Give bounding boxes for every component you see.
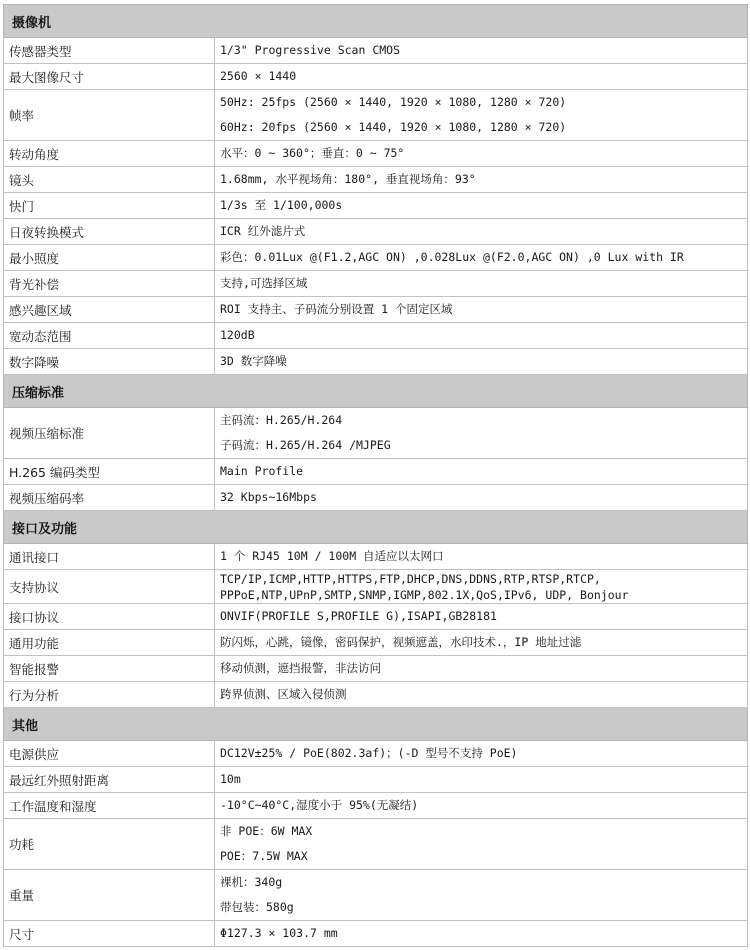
spec-label: 电源供应 — [4, 741, 215, 767]
spec-value-line: TCP/IP,ICMP,HTTP,HTTPS,FTP,DHCP,DNS,DDNS… — [220, 571, 747, 587]
spec-row: 通用功能防闪烁，心跳，镜像，密码保护，视频遮盖，水印技术.，IP 地址过滤 — [4, 630, 748, 656]
spec-label: 通用功能 — [4, 630, 215, 656]
spec-label: 最小照度 — [4, 245, 215, 271]
spec-table: 摄像机传感器类型1/3" Progressive Scan CMOS最大图像尺寸… — [3, 4, 748, 947]
spec-label: 传感器类型 — [4, 38, 215, 64]
spec-value: 1/3s 至 1/100,000s — [215, 193, 748, 219]
spec-value-line: 移动侦测，遮挡报警，非法访问 — [220, 656, 747, 681]
spec-value: 32 Kbps~16Mbps — [215, 485, 748, 511]
spec-label: 通讯接口 — [4, 544, 215, 570]
spec-row: 背光补偿支持,可选择区域 — [4, 271, 748, 297]
section-title: 接口及功能 — [4, 511, 748, 544]
spec-value-line: PPPoE,NTP,UPnP,SMTP,SNMP,IGMP,802.1X,QoS… — [220, 587, 747, 603]
spec-row: 通讯接口1 个 RJ45 10M / 100M 自适应以太网口 — [4, 544, 748, 570]
spec-value: 10m — [215, 767, 748, 793]
spec-label: 接口协议 — [4, 604, 215, 630]
spec-label: 快门 — [4, 193, 215, 219]
spec-value-line: 1 个 RJ45 10M / 100M 自适应以太网口 — [220, 544, 747, 569]
spec-row: 电源供应DC12V±25% / PoE(802.3af)；(-D 型号不支持 P… — [4, 741, 748, 767]
spec-row: 日夜转换模式ICR 红外滤片式 — [4, 219, 748, 245]
section-header-interface: 接口及功能 — [4, 511, 748, 544]
spec-label: 重量 — [4, 870, 215, 921]
spec-label: 镜头 — [4, 167, 215, 193]
spec-row: 转动角度水平：0 ~ 360°；垂直：0 ~ 75° — [4, 141, 748, 167]
spec-value: 防闪烁，心跳，镜像，密码保护，视频遮盖，水印技术.，IP 地址过滤 — [215, 630, 748, 656]
section-title: 其他 — [4, 708, 748, 741]
spec-value: 3D 数字降噪 — [215, 349, 748, 375]
spec-label: 功耗 — [4, 819, 215, 870]
spec-value: DC12V±25% / PoE(802.3af)；(-D 型号不支持 PoE) — [215, 741, 748, 767]
spec-value-line: ONVIF(PROFILE S,PROFILE G),ISAPI,GB28181 — [220, 604, 747, 629]
spec-label: 转动角度 — [4, 141, 215, 167]
spec-row: 重量裸机：340g带包装：580g — [4, 870, 748, 921]
spec-label: 数字降噪 — [4, 349, 215, 375]
spec-row: 最远红外照射距离10m — [4, 767, 748, 793]
spec-value: ROI 支持主、子码流分别设置 1 个固定区域 — [215, 297, 748, 323]
spec-value-line: 彩色：0.01Lux @(F1.2,AGC ON) ,0.028Lux @(F2… — [220, 245, 747, 270]
spec-value-line: POE：7.5W MAX — [220, 844, 747, 869]
spec-value: 主码流：H.265/H.264子码流：H.265/H.264 /MJPEG — [215, 408, 748, 459]
spec-value-line: DC12V±25% / PoE(802.3af)；(-D 型号不支持 PoE) — [220, 741, 747, 766]
spec-label: 背光补偿 — [4, 271, 215, 297]
spec-value: 移动侦测，遮挡报警，非法访问 — [215, 656, 748, 682]
spec-row: 视频压缩标准主码流：H.265/H.264子码流：H.265/H.264 /MJ… — [4, 408, 748, 459]
spec-row: 数字降噪3D 数字降噪 — [4, 349, 748, 375]
spec-row: 工作温度和湿度-10°C~40°C,湿度小于 95%(无凝结) — [4, 793, 748, 819]
spec-row: 接口协议ONVIF(PROFILE S,PROFILE G),ISAPI,GB2… — [4, 604, 748, 630]
spec-value-line: 防闪烁，心跳，镜像，密码保护，视频遮盖，水印技术.，IP 地址过滤 — [220, 630, 747, 655]
spec-label: 行为分析 — [4, 682, 215, 708]
spec-row: 行为分析跨界侦测、区域入侵侦测 — [4, 682, 748, 708]
spec-value-line: ROI 支持主、子码流分别设置 1 个固定区域 — [220, 297, 747, 322]
section-header-other: 其他 — [4, 708, 748, 741]
spec-value-line: 子码流：H.265/H.264 /MJPEG — [220, 433, 747, 458]
spec-value: Φ127.3 × 103.7 mm — [215, 921, 748, 947]
spec-value: Main Profile — [215, 459, 748, 485]
spec-value: ONVIF(PROFILE S,PROFILE G),ISAPI,GB28181 — [215, 604, 748, 630]
spec-row: H.265 编码类型Main Profile — [4, 459, 748, 485]
spec-label: 宽动态范围 — [4, 323, 215, 349]
spec-value-line: 1/3s 至 1/100,000s — [220, 193, 747, 218]
spec-value: -10°C~40°C,湿度小于 95%(无凝结) — [215, 793, 748, 819]
spec-label: 智能报警 — [4, 656, 215, 682]
spec-value-line: 60Hz: 20fps (2560 × 1440, 1920 × 1080, 1… — [220, 115, 747, 140]
spec-value-line: 非 POE：6W MAX — [220, 819, 747, 844]
spec-value: 2560 × 1440 — [215, 64, 748, 90]
spec-value-line: Φ127.3 × 103.7 mm — [220, 921, 747, 946]
spec-value-line: 主码流：H.265/H.264 — [220, 408, 747, 433]
spec-value-line: 支持,可选择区域 — [220, 271, 747, 296]
spec-row: 快门1/3s 至 1/100,000s — [4, 193, 748, 219]
spec-value-line: Main Profile — [220, 459, 747, 484]
spec-label: 最远红外照射距离 — [4, 767, 215, 793]
spec-value-line: 1.68mm, 水平视场角：180°, 垂直视场角：93° — [220, 167, 747, 192]
spec-row: 智能报警移动侦测，遮挡报警，非法访问 — [4, 656, 748, 682]
spec-row: 宽动态范围120dB — [4, 323, 748, 349]
spec-value-line: 10m — [220, 767, 747, 792]
spec-value: 1.68mm, 水平视场角：180°, 垂直视场角：93° — [215, 167, 748, 193]
spec-value: 裸机：340g带包装：580g — [215, 870, 748, 921]
spec-row: 最大图像尺寸2560 × 1440 — [4, 64, 748, 90]
spec-label: 支持协议 — [4, 570, 215, 604]
spec-value: 120dB — [215, 323, 748, 349]
spec-value-line: 120dB — [220, 323, 747, 348]
spec-row: 最小照度彩色：0.01Lux @(F1.2,AGC ON) ,0.028Lux … — [4, 245, 748, 271]
spec-value-line: 1/3" Progressive Scan CMOS — [220, 38, 747, 63]
spec-value-line: -10°C~40°C,湿度小于 95%(无凝结) — [220, 793, 747, 818]
spec-table-body: 摄像机传感器类型1/3" Progressive Scan CMOS最大图像尺寸… — [4, 5, 748, 947]
spec-label: 视频压缩码率 — [4, 485, 215, 511]
spec-value-line: 2560 × 1440 — [220, 64, 747, 89]
spec-value: 支持,可选择区域 — [215, 271, 748, 297]
spec-label: 帧率 — [4, 90, 215, 141]
section-title: 摄像机 — [4, 5, 748, 38]
spec-value-line: 50Hz: 25fps (2560 × 1440, 1920 × 1080, 1… — [220, 90, 747, 115]
spec-row: 支持协议TCP/IP,ICMP,HTTP,HTTPS,FTP,DHCP,DNS,… — [4, 570, 748, 604]
spec-value-line: 跨界侦测、区域入侵侦测 — [220, 682, 747, 707]
spec-value: 水平：0 ~ 360°；垂直：0 ~ 75° — [215, 141, 748, 167]
section-header-camera: 摄像机 — [4, 5, 748, 38]
spec-row: 镜头1.68mm, 水平视场角：180°, 垂直视场角：93° — [4, 167, 748, 193]
spec-value-line: 水平：0 ~ 360°；垂直：0 ~ 75° — [220, 141, 747, 166]
spec-value: 1 个 RJ45 10M / 100M 自适应以太网口 — [215, 544, 748, 570]
spec-row: 功耗非 POE：6W MAXPOE：7.5W MAX — [4, 819, 748, 870]
spec-row: 尺寸Φ127.3 × 103.7 mm — [4, 921, 748, 947]
spec-value: ICR 红外滤片式 — [215, 219, 748, 245]
spec-value-line: 裸机：340g — [220, 870, 747, 895]
spec-value-line: ICR 红外滤片式 — [220, 219, 747, 244]
spec-value: 彩色：0.01Lux @(F1.2,AGC ON) ,0.028Lux @(F2… — [215, 245, 748, 271]
spec-row: 视频压缩码率32 Kbps~16Mbps — [4, 485, 748, 511]
spec-label: 感兴趣区域 — [4, 297, 215, 323]
spec-label: 尺寸 — [4, 921, 215, 947]
spec-value-line: 带包装：580g — [220, 895, 747, 920]
spec-row: 传感器类型1/3" Progressive Scan CMOS — [4, 38, 748, 64]
spec-value-line: 3D 数字降噪 — [220, 349, 747, 374]
spec-value: 1/3" Progressive Scan CMOS — [215, 38, 748, 64]
spec-label: H.265 编码类型 — [4, 459, 215, 485]
spec-label: 最大图像尺寸 — [4, 64, 215, 90]
spec-value: 跨界侦测、区域入侵侦测 — [215, 682, 748, 708]
spec-label: 工作温度和湿度 — [4, 793, 215, 819]
spec-value: TCP/IP,ICMP,HTTP,HTTPS,FTP,DHCP,DNS,DDNS… — [215, 570, 748, 604]
section-title: 压缩标准 — [4, 375, 748, 408]
spec-row: 感兴趣区域ROI 支持主、子码流分别设置 1 个固定区域 — [4, 297, 748, 323]
spec-row: 帧率50Hz: 25fps (2560 × 1440, 1920 × 1080,… — [4, 90, 748, 141]
spec-label: 日夜转换模式 — [4, 219, 215, 245]
spec-label: 视频压缩标准 — [4, 408, 215, 459]
section-header-compression: 压缩标准 — [4, 375, 748, 408]
spec-value: 非 POE：6W MAXPOE：7.5W MAX — [215, 819, 748, 870]
spec-value-line: 32 Kbps~16Mbps — [220, 485, 747, 510]
spec-value: 50Hz: 25fps (2560 × 1440, 1920 × 1080, 1… — [215, 90, 748, 141]
